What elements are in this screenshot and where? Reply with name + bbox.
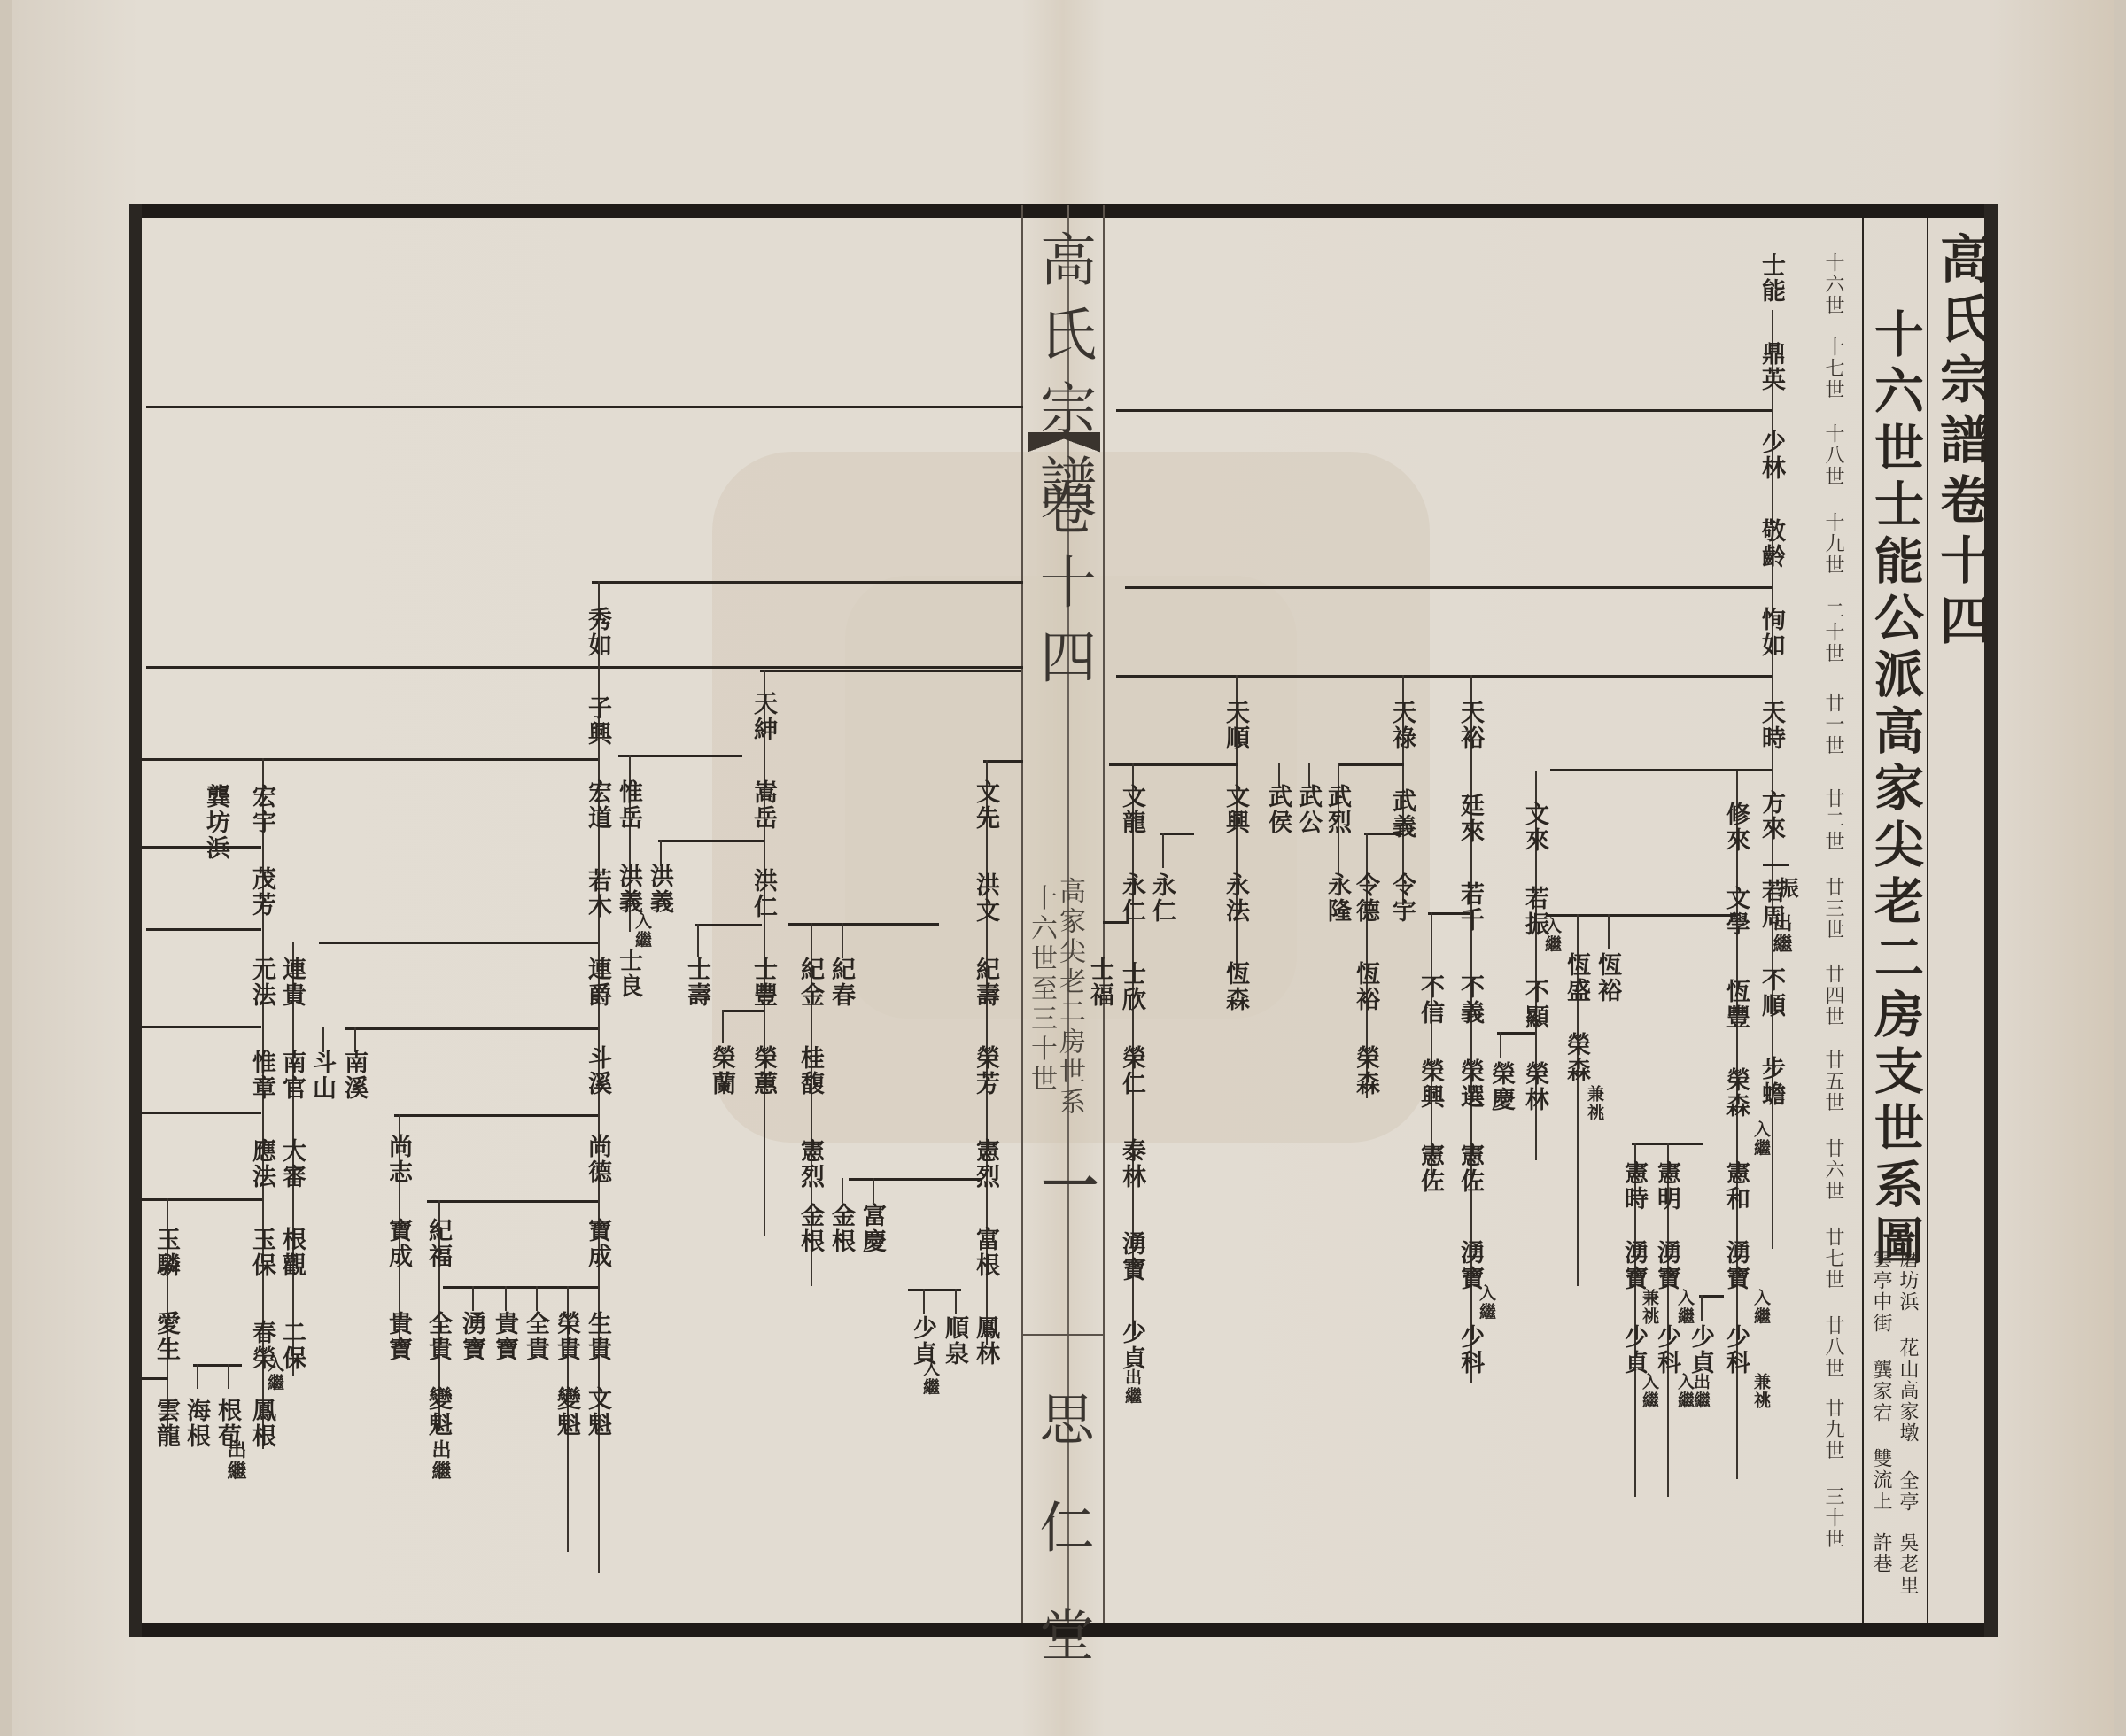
- person-shiliang: 士良: [617, 948, 640, 999]
- person-yunlong: 雲龍: [154, 1398, 178, 1449]
- buxian-branch: [1497, 1032, 1535, 1035]
- person-fuqing: 富慶: [860, 1203, 884, 1254]
- person-guibao-a: 貴寶: [493, 1311, 516, 1362]
- person-shaoke-a: 少科: [1724, 1324, 1748, 1376]
- shaozhen-a-connector: [1701, 1295, 1703, 1321]
- person-yongbao-b: 湧寶: [1655, 1240, 1679, 1291]
- gen-18: 十八世: [1823, 423, 1843, 487]
- gen-30: 三十世: [1823, 1486, 1843, 1550]
- person-jingling: 敬齡: [1759, 518, 1783, 570]
- spine-volume: 卷十四: [1035, 478, 1091, 701]
- ruoqian-branch: [1428, 912, 1470, 915]
- person-gongfang: 龔坊浜: [204, 784, 228, 861]
- person-xianzuo-b: 憲佐: [1418, 1143, 1442, 1194]
- person-yulin: 玉驎: [154, 1227, 178, 1278]
- nanxi-connector: [354, 1027, 356, 1052]
- quangui-a-connector: [536, 1286, 538, 1311]
- note-yongbao-c-jiantiao: 兼祧: [1641, 1289, 1657, 1326]
- person-tianshi: 天時: [1759, 700, 1783, 751]
- location-wulaoli: 吳老里: [1897, 1532, 1917, 1596]
- person-yingfa: 應法: [250, 1138, 274, 1190]
- note-genbao-chuji: 出繼: [226, 1439, 245, 1482]
- note-shaozhen-a-chuji: 出繼: [1692, 1373, 1709, 1410]
- page-number: 一: [1036, 1156, 1093, 1230]
- person-wulie: 武烈: [1325, 784, 1349, 835]
- person-wuhou: 武侯: [1266, 784, 1290, 835]
- person-shunquan: 順泉: [943, 1315, 966, 1367]
- person-rongsen-a: 榮森: [1724, 1067, 1748, 1119]
- frame-left-border: [129, 204, 142, 1637]
- branch-line-18b: [1116, 409, 1772, 412]
- hall-name: 思仁堂: [1035, 1391, 1090, 1715]
- person-yongbao-e: 湧寶: [1120, 1231, 1144, 1283]
- weiyue-branch: [618, 755, 742, 757]
- person-xianshi: 憲時: [1622, 1160, 1646, 1212]
- book-title: 高氏宗譜卷十四: [1936, 232, 1987, 654]
- note-shaoke-jiantiao: 兼祧: [1752, 1373, 1769, 1410]
- person-shaozhen-c: 少貞: [1622, 1324, 1646, 1376]
- person-shixin: 士欣: [1120, 961, 1144, 1012]
- person-ronglin-a: 榮林: [1523, 1061, 1547, 1112]
- buxin-connector: [1431, 912, 1432, 1178]
- person-fenggen: 鳳根: [250, 1398, 274, 1449]
- person-shifeng: 士豐: [751, 957, 775, 1008]
- continuation-line-5: [142, 1377, 168, 1380]
- person-aisheng: 愛生: [154, 1311, 178, 1362]
- person-hongren: 洪仁: [751, 868, 775, 919]
- note-shaozhen-b-ruji: 入繼: [921, 1360, 938, 1397]
- person-yongbao-a: 湧寶: [1724, 1240, 1748, 1291]
- zhen-branch: [1763, 864, 1789, 866]
- jichun-connector: [842, 923, 843, 958]
- person-baocheng-a: 寶成: [586, 1218, 609, 1269]
- location-huashan: 花山高家墩: [1897, 1337, 1917, 1444]
- person-ruoqian: 若千: [1458, 881, 1482, 933]
- person-tinglai: 廷來: [1458, 793, 1482, 844]
- fuqing-connector: [873, 1178, 874, 1203]
- person-tianshen: 天紳: [751, 691, 775, 742]
- person-rongxuan: 榮選: [1458, 1058, 1482, 1110]
- person-jingen-b: 金根: [798, 1203, 822, 1254]
- person-yongfa: 永法: [1223, 872, 1247, 924]
- gen-26: 廿六世: [1823, 1138, 1843, 1202]
- person-hengsen: 恆森: [1223, 961, 1247, 1012]
- tianshen-branch: [760, 670, 1021, 672]
- gen-22: 廿二世: [1823, 788, 1843, 852]
- rongqing-connector: [1500, 1032, 1501, 1058]
- location-mofangbang: 磨坊浜: [1897, 1249, 1917, 1313]
- person-doushan: 斗山: [310, 1050, 334, 1101]
- tianshun-branch: [1109, 763, 1238, 766]
- wenxian-branch: [983, 760, 1023, 763]
- person-fugen: 富根: [974, 1227, 997, 1278]
- person-biankui-a: 變魁: [555, 1386, 578, 1438]
- branch-line-18a: [146, 406, 1023, 408]
- person-tailin: 泰林: [1120, 1138, 1144, 1190]
- person-xianhe: 憲和: [1724, 1160, 1748, 1212]
- person-shangde: 尚德: [586, 1134, 609, 1185]
- yingfa-branch: [142, 1198, 262, 1201]
- baocheng-branch: [443, 1286, 598, 1289]
- location-xuxiang: 許巷: [1871, 1532, 1890, 1575]
- person-fenglin: 鳳林: [974, 1315, 997, 1367]
- person-ruomu: 若木: [586, 868, 609, 919]
- person-shaozhen-d: 少貞: [1120, 1320, 1144, 1371]
- person-jifu: 紀福: [426, 1218, 450, 1269]
- person-buxin: 不信: [1418, 974, 1442, 1026]
- gen-21: 廿一世: [1823, 693, 1843, 756]
- person-wugong: 武公: [1296, 784, 1320, 835]
- wugong-connector: [1308, 763, 1310, 786]
- person-douxi: 斗溪: [586, 1045, 609, 1097]
- person-buchan: 步蟾: [1759, 1056, 1783, 1107]
- person-shaoke-b: 少科: [1655, 1324, 1679, 1376]
- yongren-b-connector: [1162, 833, 1164, 868]
- location-yunting: 雲亭中街: [1871, 1249, 1890, 1334]
- person-hengfeng: 恆豐: [1724, 979, 1748, 1030]
- yongbao-f-connector: [472, 1286, 474, 1311]
- spine-divider: [1023, 1334, 1103, 1336]
- person-hongwen: 洪文: [974, 872, 997, 924]
- person-dingying: 鼎英: [1759, 341, 1783, 392]
- person-hengyu-b: 恆裕: [1354, 961, 1377, 1012]
- person-wenkui: 文魁: [586, 1386, 609, 1438]
- hengyu-connector: [1608, 914, 1610, 949]
- ronglan-connector: [722, 1010, 724, 1043]
- person-wenlai: 文來: [1523, 802, 1547, 853]
- branch-line-20b: [1125, 586, 1772, 589]
- person-ronglan: 榮蘭: [710, 1045, 733, 1097]
- person-yongbao-c: 湧寶: [1622, 1240, 1646, 1291]
- person-rongfang: 榮芳: [974, 1045, 997, 1097]
- person-yongren-b: 永仁: [1150, 872, 1174, 924]
- person-yuanfa: 元法: [250, 957, 274, 1008]
- wenxing-branch: [1160, 833, 1194, 835]
- note-shaozhen-c-ruji: 入繼: [1641, 1373, 1657, 1410]
- gen-19: 十九世: [1823, 512, 1843, 576]
- person-zhen: 振: [1775, 877, 1796, 900]
- branch-line-fanglai: [1550, 769, 1772, 771]
- person-xianlie-b: 憲烈: [798, 1138, 822, 1190]
- person-quangui-a: 全貴: [524, 1311, 547, 1362]
- person-baocheng-b: 寶成: [386, 1218, 410, 1269]
- shishou-connector: [697, 924, 699, 957]
- person-lingde: 令德: [1354, 872, 1377, 924]
- person-hongyi-b: 洪義: [617, 864, 640, 915]
- person-shaozhen-a: 少貞: [1688, 1324, 1712, 1376]
- location-shuangliu: 雙流上: [1871, 1448, 1890, 1512]
- gen-28: 廿八世: [1823, 1315, 1843, 1379]
- person-jingen-a: 金根: [829, 1203, 853, 1254]
- person-fanglai: 方來: [1759, 790, 1783, 841]
- person-shenggui: 生貴: [586, 1311, 609, 1362]
- shangde-branch: [427, 1200, 598, 1203]
- note-biankui-chuji: 出繼: [431, 1439, 450, 1482]
- person-shaoke-c: 少科: [1458, 1324, 1482, 1376]
- jingen-a-connector: [842, 1178, 843, 1203]
- person-xianlie-a: 憲烈: [974, 1138, 997, 1190]
- person-yubao: 玉保: [250, 1227, 274, 1278]
- person-nanguan: 南官: [280, 1050, 304, 1101]
- shunquan-connector: [955, 1289, 957, 1314]
- shaozhen-b-connector: [923, 1289, 925, 1314]
- note-zhen-chuji: 出繼: [1772, 912, 1791, 955]
- person-yonglong: 永隆: [1325, 872, 1349, 924]
- frame-top-border: [129, 204, 1997, 218]
- person-wenxing: 文興: [1223, 784, 1247, 835]
- section-column-rule: [1862, 218, 1864, 1623]
- person-yongren-a: 永仁: [1120, 872, 1144, 924]
- person-shaolin: 少林: [1759, 430, 1783, 481]
- songyue-branch: [658, 840, 764, 842]
- person-wenlong: 文龍: [1120, 784, 1144, 835]
- person-hongyi-a: 洪義: [648, 864, 671, 915]
- fugen-branch: [908, 1289, 961, 1291]
- note-yongbao-d-ruji: 入繼: [1478, 1284, 1494, 1321]
- note-yongbao-b-ruji: 入繼: [1676, 1289, 1693, 1326]
- gen-25: 廿五世: [1823, 1050, 1843, 1113]
- gen-29: 廿九世: [1823, 1398, 1843, 1461]
- tianlu-branch: [1338, 763, 1404, 766]
- note-chunrong-ruji: 入繼: [266, 1355, 283, 1392]
- person-hongyu: 宏宇: [250, 784, 274, 835]
- fishtail-mark: [1028, 432, 1100, 459]
- hongyi-a-connector: [660, 840, 662, 866]
- spine-rule-left: [1021, 205, 1023, 1623]
- person-genguan: 根觀: [280, 1227, 304, 1278]
- note-rongsen-jiantiao: 兼祧: [1586, 1085, 1602, 1122]
- person-tianlu: 天祿: [1390, 700, 1414, 751]
- person-shangzhi: 尚志: [386, 1134, 410, 1185]
- person-rongsen-c: 榮森: [1354, 1045, 1377, 1097]
- guibao-a-connector: [505, 1286, 507, 1311]
- person-hongdao: 宏道: [586, 779, 609, 831]
- gen-24: 廿四世: [1823, 964, 1843, 1027]
- branch-line-21a: [146, 666, 1023, 669]
- note-rongsen-ruji: 入繼: [1752, 1120, 1769, 1158]
- person-jishou-a: 紀壽: [974, 957, 997, 1008]
- wuhou-connector: [1278, 763, 1280, 786]
- xianlie-branch: [849, 1178, 982, 1181]
- continuation-line-1: [142, 846, 261, 849]
- shifeng-branch: [722, 1010, 764, 1012]
- person-quangui-b: 全貴: [426, 1311, 450, 1362]
- doushan-connector: [322, 1027, 324, 1052]
- person-shineng: 士能: [1759, 252, 1783, 304]
- wuyi-branch: [1364, 833, 1404, 835]
- zixing-branch: [142, 758, 598, 761]
- note-shaozhen-d-chuji: 出繼: [1123, 1368, 1140, 1406]
- person-weiyue: 惟岳: [617, 779, 640, 831]
- shishou-branch: [695, 924, 762, 926]
- person-wenxue: 文學: [1724, 886, 1748, 937]
- person-xiuru: 秀如: [586, 607, 609, 658]
- person-tianshun: 天順: [1223, 700, 1247, 751]
- location-quanting: 全亭: [1897, 1470, 1917, 1513]
- person-nanxi: 南溪: [342, 1050, 366, 1101]
- gen-27: 廿七世: [1823, 1227, 1843, 1290]
- person-hengsheng: 恆盛: [1564, 952, 1588, 1004]
- person-rongren: 榮仁: [1120, 1045, 1144, 1097]
- person-ronghui: 榮蕙: [751, 1045, 775, 1097]
- person-buxian: 不顯: [1523, 979, 1547, 1030]
- spine-rule-right: [1103, 205, 1105, 1623]
- person-rongsen-b: 榮森: [1564, 1032, 1588, 1083]
- person-liangui: 連貴: [280, 957, 304, 1008]
- person-rongqing: 榮慶: [1489, 1061, 1513, 1112]
- person-jijin: 紀金: [798, 957, 822, 1008]
- person-lingyu: 令宇: [1390, 872, 1414, 924]
- person-lianjue: 連爵: [586, 957, 609, 1008]
- person-dashen: 大審: [280, 1138, 304, 1190]
- hengfeng-branch: [1546, 914, 1736, 917]
- yongbao-branch: [1699, 1295, 1724, 1298]
- person-shifu: 士福: [1088, 957, 1112, 1008]
- person-songyue: 嵩岳: [751, 779, 775, 831]
- gen-23: 廿三世: [1823, 877, 1843, 941]
- lianjue-branch-2: [345, 1027, 598, 1030]
- gen-20: 二十世: [1823, 601, 1843, 664]
- spine-range: 十六世至三十世: [1028, 884, 1054, 1095]
- person-wenxian: 文先: [974, 779, 997, 831]
- person-guibao-b: 貴寶: [386, 1311, 410, 1362]
- person-xiulai: 修來: [1724, 802, 1748, 853]
- person-xianzuo-a: 憲佐: [1458, 1143, 1482, 1194]
- spine-branch: 高家尖老二房世系: [1056, 877, 1082, 1118]
- note-ruozhen-ruji: 入繼: [1543, 917, 1560, 954]
- location-gongjiadang: 龔家宕: [1871, 1360, 1890, 1423]
- haigen-connector: [197, 1364, 198, 1389]
- yongren-branch: [1103, 921, 1129, 924]
- person-rongxing: 榮興: [1418, 1058, 1442, 1110]
- genbao-connector: [228, 1364, 229, 1389]
- person-maofang: 茂芳: [250, 866, 274, 918]
- person-zixing: 子興: [586, 695, 609, 747]
- person-ronggui: 榮貴: [555, 1311, 578, 1362]
- chunrong-branch: [193, 1364, 242, 1367]
- gen-17: 十七世: [1823, 337, 1843, 400]
- continuation-line-2: [146, 928, 261, 931]
- person-biankui-b: 變魁: [426, 1386, 450, 1438]
- person-weizhang: 惟章: [250, 1050, 274, 1101]
- continuation-line-3: [142, 1026, 261, 1028]
- section-title: 十六世士能公派高家尖老二房支世系圖: [1871, 308, 1920, 1272]
- note-hongyi-ruji: 入繼: [633, 912, 650, 949]
- tianshen-connector: [764, 670, 765, 1236]
- branch-line-21b: [1116, 675, 1772, 678]
- branch-line-20a: [592, 581, 1023, 584]
- person-hengyu-a: 恆裕: [1595, 952, 1619, 1004]
- gen-16: 十六世: [1823, 252, 1843, 316]
- person-tianyu: 天裕: [1458, 700, 1482, 751]
- continuation-line-4: [142, 1112, 261, 1114]
- title-column-rule: [1927, 218, 1928, 1623]
- person-buyi: 不義: [1458, 974, 1482, 1026]
- person-guifu: 桂馥: [798, 1045, 822, 1097]
- person-yongbao-f: 湧寶: [460, 1311, 484, 1362]
- person-shishou: 士壽: [685, 957, 709, 1008]
- person-xunru: 恂如: [1759, 607, 1783, 658]
- lianjue-branch: [319, 942, 598, 944]
- douxi-branch: [394, 1114, 598, 1117]
- person-haigen: 海根: [184, 1398, 208, 1449]
- person-xianming: 憲明: [1655, 1160, 1679, 1212]
- person-jichun: 紀春: [829, 957, 853, 1008]
- note-yongbao-ruji: 入繼: [1752, 1289, 1769, 1326]
- person-bushun: 不順: [1759, 967, 1783, 1019]
